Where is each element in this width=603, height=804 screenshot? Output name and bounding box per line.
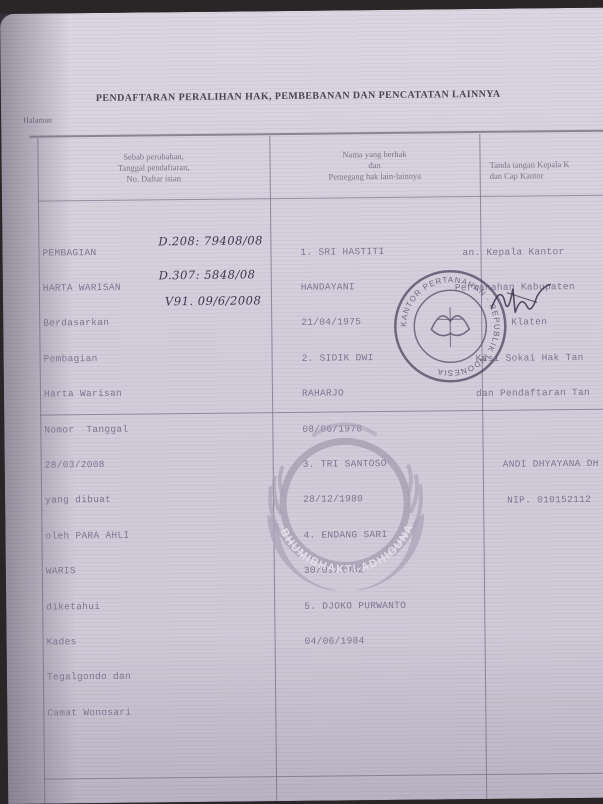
cause-line: 28/03/2008 bbox=[45, 459, 129, 472]
watermark-emblem-icon: BHUMIBHAKTI ADHIGUNA bbox=[252, 414, 439, 591]
owner-line: 04/06/1984 bbox=[305, 635, 407, 648]
signature-icon bbox=[487, 278, 557, 319]
owner-line: 1. SRI HASTITI bbox=[300, 245, 402, 258]
cause-line: yang dibuat bbox=[45, 494, 129, 507]
cause-line: Nomor Tanggal bbox=[44, 423, 128, 436]
owner-line: 21/04/1975 bbox=[301, 316, 403, 329]
handwritten-register-number: D.208: 79408/08 bbox=[158, 233, 263, 248]
page-label: Halaman bbox=[23, 115, 52, 124]
handwritten-register-number: D.307: 5848/08 bbox=[159, 267, 256, 282]
cause-line: diketahui bbox=[46, 600, 130, 613]
cause-line: Harta Warisan bbox=[44, 388, 128, 401]
cause-line: oleh PARA AHLI bbox=[45, 529, 129, 542]
land-certificate-page: PENDAFTARAN PERALIHAN HAK, PEMBEBANAN DA… bbox=[0, 8, 603, 804]
cause-line: WARIS bbox=[46, 565, 130, 578]
cause-line: Berdasarkan bbox=[43, 317, 127, 330]
header-tanda-tangan: Tanda tangan Kepala K dan Cap Kantor bbox=[490, 158, 603, 182]
signatory-nip: NIP. 010152112 bbox=[457, 493, 599, 506]
owner-line: HANDAYANI bbox=[301, 281, 403, 294]
cause-line: Kades bbox=[47, 636, 131, 649]
document-title: PENDAFTARAN PERALIHAN HAK, PEMBEBANAN DA… bbox=[96, 88, 603, 104]
cause-line: PEMBAGIAN bbox=[42, 246, 126, 259]
signatory-line: dan Pendaftaran Tan bbox=[456, 387, 598, 400]
cause-line: Tegalgondo dan bbox=[47, 671, 131, 684]
cause-of-change-text: PEMBAGIAN HARTA WARISAN Berdasarkan Pemb… bbox=[42, 223, 131, 743]
owner-line: RAHARJO bbox=[302, 387, 404, 400]
cause-line: Camat Wonosari bbox=[47, 706, 131, 719]
owner-line: 2. SIDIK DWI bbox=[302, 352, 404, 365]
owner-line: 5. DJOKO PURWANTO bbox=[304, 599, 406, 612]
header-sebab-perubahan: Sebab perubahan, Tanggal pendaftaran, No… bbox=[47, 150, 259, 185]
cause-line: Pembagian bbox=[44, 352, 128, 365]
cause-line: HARTA WARISAN bbox=[43, 282, 127, 295]
signatory-line bbox=[456, 422, 598, 435]
header-divider bbox=[38, 195, 603, 202]
svg-text:BHUMIBHAKTI ADHIGUNA: BHUMIBHAKTI ADHIGUNA bbox=[277, 522, 416, 577]
header-nama-yang-berhak: Nama yang berhak dan Pemegang hak lain-l… bbox=[279, 148, 469, 183]
row-divider bbox=[44, 773, 603, 780]
signatory-name: ANDI DHYAYANA DH bbox=[457, 458, 599, 471]
handwritten-date: V91. 09/6/2008 bbox=[165, 293, 261, 308]
signatory-line: an. Kepala Kantor bbox=[454, 245, 596, 258]
